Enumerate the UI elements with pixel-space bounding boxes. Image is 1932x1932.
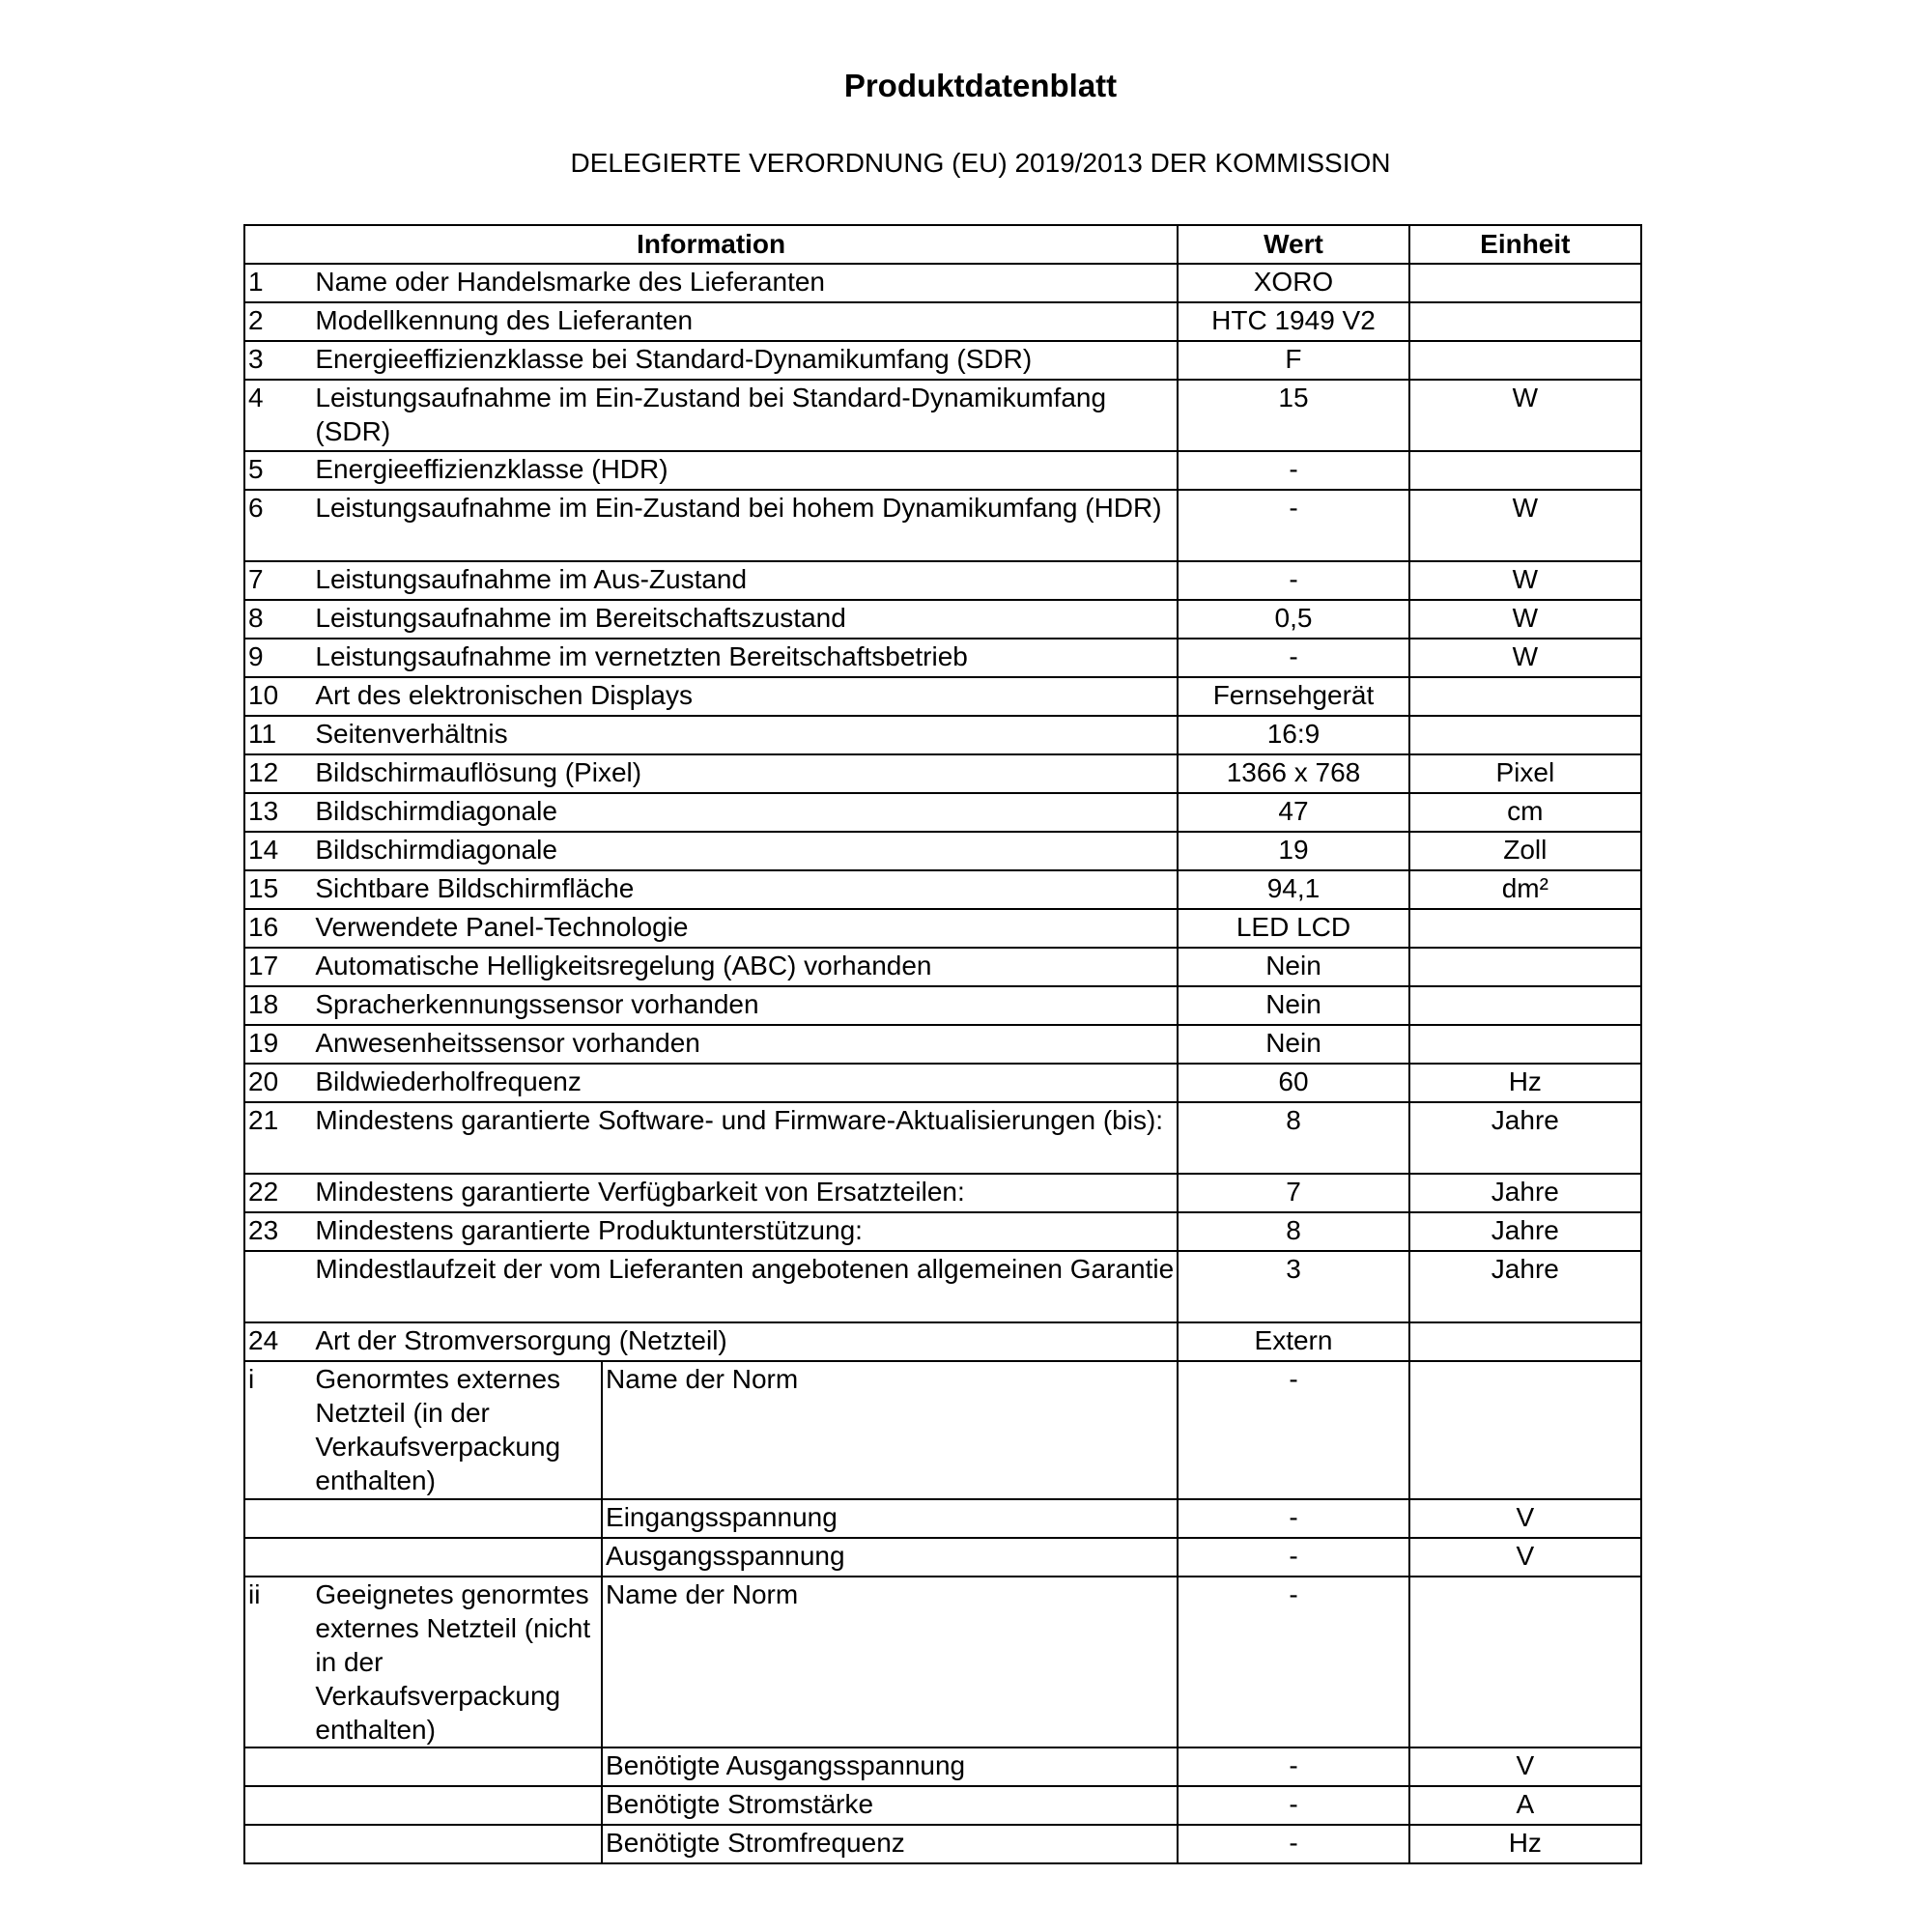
row-number: 18 (244, 986, 312, 1025)
row-unit: W (1409, 561, 1641, 600)
row-unit (1409, 716, 1641, 754)
power-supply-i-label: Genormtes externes Netzteil (in der Verk… (312, 1361, 602, 1499)
row-information: Bildschirmdiagonale (312, 832, 1178, 870)
table-row: 13Bildschirmdiagonale47cm (244, 793, 1641, 832)
row-value: 8 (1178, 1102, 1408, 1174)
empty-cell (244, 1825, 602, 1863)
power-supply-section: i Genormtes externes Netzteil (in der Ve… (244, 1361, 1641, 1863)
table-row: 6Leistungsaufnahme im Ein-Zustand bei ho… (244, 490, 1641, 561)
row-information: Leistungsaufnahme im Ein-Zustand bei hoh… (312, 490, 1178, 561)
row-value: Nein (1178, 948, 1408, 986)
row-value: 60 (1178, 1064, 1408, 1102)
table-row: 5Energieeffizienzklasse (HDR)- (244, 451, 1641, 490)
row-number: 19 (244, 1025, 312, 1064)
power-supply-ii-frequency-row: Benötigte Stromfrequenz - Hz (244, 1825, 1641, 1863)
row-unit: W (1409, 490, 1641, 561)
row-number: 16 (244, 909, 312, 948)
row-number: 17 (244, 948, 312, 986)
row-number: 22 (244, 1174, 312, 1212)
table-row: 8Leistungsaufnahme im Bereitschaftszusta… (244, 600, 1641, 639)
row-unit (1409, 677, 1641, 716)
row-number: 20 (244, 1064, 312, 1102)
row-information: Mindestens garantierte Software- und Fir… (312, 1102, 1178, 1174)
table-row: 17Automatische Helligkeitsregelung (ABC)… (244, 948, 1641, 986)
power-supply-ii-current-row: Benötigte Stromstärke - A (244, 1786, 1641, 1825)
table-row: 21Mindestens garantierte Software- und F… (244, 1102, 1641, 1174)
row-unit: W (1409, 639, 1641, 677)
row-number: 9 (244, 639, 312, 677)
empty-cell (244, 1786, 602, 1825)
table-row: 1Name oder Handelsmarke des LieferantenX… (244, 264, 1641, 302)
item-value: - (1178, 1538, 1408, 1577)
row-unit (1409, 1322, 1641, 1361)
item-value: - (1178, 1786, 1408, 1825)
row-unit: Jahre (1409, 1251, 1641, 1322)
row-information: Name oder Handelsmarke des Lieferanten (312, 264, 1178, 302)
item-unit (1409, 1577, 1641, 1747)
row-number: 1 (244, 264, 312, 302)
row-information: Mindestlaufzeit der vom Lieferanten ange… (312, 1251, 1178, 1322)
row-unit (1409, 302, 1641, 341)
row-information: Bildwiederholfrequenz (312, 1064, 1178, 1102)
item-unit (1409, 1361, 1641, 1499)
row-value: 8 (1178, 1212, 1408, 1251)
item-label: Benötigte Ausgangsspannung (602, 1747, 1178, 1786)
row-value: 1366 x 768 (1178, 754, 1408, 793)
row-value: Fernsehgerät (1178, 677, 1408, 716)
table-row: 24Art der Stromversorgung (Netzteil)Exte… (244, 1322, 1641, 1361)
row-unit (1409, 1025, 1641, 1064)
row-unit (1409, 948, 1641, 986)
row-unit (1409, 986, 1641, 1025)
row-information: Bildschirmauflösung (Pixel) (312, 754, 1178, 793)
table-row: 10Art des elektronischen DisplaysFernseh… (244, 677, 1641, 716)
row-unit: W (1409, 380, 1641, 451)
power-supply-ii-norm-row: ii Geeignetes genormtes externes Netztei… (244, 1577, 1641, 1747)
column-header-information: Information (244, 225, 1178, 264)
row-value: 16:9 (1178, 716, 1408, 754)
row-value: - (1178, 561, 1408, 600)
item-value: - (1178, 1825, 1408, 1863)
row-value: - (1178, 639, 1408, 677)
row-value: 7 (1178, 1174, 1408, 1212)
row-number: 24 (244, 1322, 312, 1361)
document-subtitle: DELEGIERTE VERORDNUNG (EU) 2019/2013 DER… (0, 148, 1932, 179)
document-title: Produktdatenblatt (0, 68, 1932, 104)
row-information: Energieeffizienzklasse (HDR) (312, 451, 1178, 490)
row-value: HTC 1949 V2 (1178, 302, 1408, 341)
row-number: 8 (244, 600, 312, 639)
row-value: 3 (1178, 1251, 1408, 1322)
row-number: 14 (244, 832, 312, 870)
table-row: Mindestlaufzeit der vom Lieferanten ange… (244, 1251, 1641, 1322)
table-row: 19Anwesenheitssensor vorhandenNein (244, 1025, 1641, 1064)
row-number: 6 (244, 490, 312, 561)
row-information: Leistungsaufnahme im vernetzten Bereitsc… (312, 639, 1178, 677)
item-value: - (1178, 1361, 1408, 1499)
table-row: 14Bildschirmdiagonale19Zoll (244, 832, 1641, 870)
row-unit: cm (1409, 793, 1641, 832)
row-unit: Hz (1409, 1064, 1641, 1102)
item-unit: A (1409, 1786, 1641, 1825)
row-number: 15 (244, 870, 312, 909)
item-value: - (1178, 1577, 1408, 1747)
item-unit: V (1409, 1747, 1641, 1786)
row-unit: Jahre (1409, 1174, 1641, 1212)
row-number: 2 (244, 302, 312, 341)
row-number: 12 (244, 754, 312, 793)
table-row: 12Bildschirmauflösung (Pixel)1366 x 768P… (244, 754, 1641, 793)
table-body: 1Name oder Handelsmarke des LieferantenX… (244, 264, 1641, 1361)
row-unit (1409, 451, 1641, 490)
product-data-table: Information Wert Einheit 1Name oder Hand… (243, 224, 1642, 1864)
table-row: 23Mindestens garantierte Produktunterstü… (244, 1212, 1641, 1251)
column-header-einheit: Einheit (1409, 225, 1641, 264)
table-row: 11Seitenverhältnis16:9 (244, 716, 1641, 754)
table-row: 16Verwendete Panel-TechnologieLED LCD (244, 909, 1641, 948)
row-information: Modellkennung des Lieferanten (312, 302, 1178, 341)
row-value: Nein (1178, 986, 1408, 1025)
power-supply-i-output-voltage-row: Ausgangsspannung - V (244, 1538, 1641, 1577)
table-row: 3Energieeffizienzklasse bei Standard-Dyn… (244, 341, 1641, 380)
row-information: Anwesenheitssensor vorhanden (312, 1025, 1178, 1064)
row-information: Automatische Helligkeitsregelung (ABC) v… (312, 948, 1178, 986)
item-label: Name der Norm (602, 1577, 1178, 1747)
empty-cell (244, 1538, 602, 1577)
row-number: 13 (244, 793, 312, 832)
row-value: 15 (1178, 380, 1408, 451)
row-value: 19 (1178, 832, 1408, 870)
row-information: Art der Stromversorgung (Netzteil) (312, 1322, 1178, 1361)
power-supply-ii-output-voltage-row: Benötigte Ausgangsspannung - V (244, 1747, 1641, 1786)
row-value: 0,5 (1178, 600, 1408, 639)
row-information: Mindestens garantierte Verfügbarkeit von… (312, 1174, 1178, 1212)
row-number: 23 (244, 1212, 312, 1251)
item-value: - (1178, 1747, 1408, 1786)
item-label: Eingangsspannung (602, 1499, 1178, 1538)
row-unit: dm² (1409, 870, 1641, 909)
row-number: 11 (244, 716, 312, 754)
item-value: - (1178, 1499, 1408, 1538)
item-label: Benötigte Stromstärke (602, 1786, 1178, 1825)
row-information: Bildschirmdiagonale (312, 793, 1178, 832)
row-value: F (1178, 341, 1408, 380)
row-unit: Pixel (1409, 754, 1641, 793)
row-value: Extern (1178, 1322, 1408, 1361)
row-value: LED LCD (1178, 909, 1408, 948)
row-information: Leistungsaufnahme im Ein-Zustand bei Sta… (312, 380, 1178, 451)
row-value: XORO (1178, 264, 1408, 302)
table-row: 22Mindestens garantierte Verfügbarkeit v… (244, 1174, 1641, 1212)
row-number: 7 (244, 561, 312, 600)
row-value: - (1178, 490, 1408, 561)
row-value: Nein (1178, 1025, 1408, 1064)
column-header-wert: Wert (1178, 225, 1408, 264)
row-information: Art des elektronischen Displays (312, 677, 1178, 716)
row-number: 3 (244, 341, 312, 380)
empty-cell (244, 1499, 602, 1538)
item-unit: Hz (1409, 1825, 1641, 1863)
power-supply-i-norm-row: i Genormtes externes Netzteil (in der Ve… (244, 1361, 1641, 1499)
row-information: Mindestens garantierte Produktunterstütz… (312, 1212, 1178, 1251)
row-information: Verwendete Panel-Technologie (312, 909, 1178, 948)
row-information: Sichtbare Bildschirmfläche (312, 870, 1178, 909)
row-unit: Jahre (1409, 1102, 1641, 1174)
table-row: 18Spracherkennungssensor vorhandenNein (244, 986, 1641, 1025)
table-row: 4Leistungsaufnahme im Ein-Zustand bei St… (244, 380, 1641, 451)
item-unit: V (1409, 1538, 1641, 1577)
row-number: 5 (244, 451, 312, 490)
row-unit (1409, 341, 1641, 380)
row-number: i (244, 1361, 312, 1499)
row-number: 10 (244, 677, 312, 716)
item-label: Ausgangsspannung (602, 1538, 1178, 1577)
row-unit: Zoll (1409, 832, 1641, 870)
item-label: Benötigte Stromfrequenz (602, 1825, 1178, 1863)
row-number (244, 1251, 312, 1322)
row-value: 47 (1178, 793, 1408, 832)
power-supply-i-input-voltage-row: Eingangsspannung - V (244, 1499, 1641, 1538)
item-label: Name der Norm (602, 1361, 1178, 1499)
row-information: Spracherkennungssensor vorhanden (312, 986, 1178, 1025)
table-header-row: Information Wert Einheit (244, 225, 1641, 264)
row-information: Energieeffizienzklasse bei Standard-Dyna… (312, 341, 1178, 380)
empty-cell (244, 1747, 602, 1786)
power-supply-ii-label: Geeignetes genormtes externes Netzteil (… (312, 1577, 602, 1747)
row-number: 4 (244, 380, 312, 451)
item-unit: V (1409, 1499, 1641, 1538)
row-information: Seitenverhältnis (312, 716, 1178, 754)
row-unit: W (1409, 600, 1641, 639)
table-row: 2Modellkennung des LieferantenHTC 1949 V… (244, 302, 1641, 341)
row-unit: Jahre (1409, 1212, 1641, 1251)
row-number: 21 (244, 1102, 312, 1174)
row-value: - (1178, 451, 1408, 490)
row-unit (1409, 264, 1641, 302)
row-number: ii (244, 1577, 312, 1747)
table-row: 9Leistungsaufnahme im vernetzten Bereits… (244, 639, 1641, 677)
row-unit (1409, 909, 1641, 948)
row-information: Leistungsaufnahme im Aus-Zustand (312, 561, 1178, 600)
row-value: 94,1 (1178, 870, 1408, 909)
row-information: Leistungsaufnahme im Bereitschaftszustan… (312, 600, 1178, 639)
table-row: 20Bildwiederholfrequenz60Hz (244, 1064, 1641, 1102)
table-row: 7Leistungsaufnahme im Aus-Zustand-W (244, 561, 1641, 600)
table-row: 15Sichtbare Bildschirmfläche94,1dm² (244, 870, 1641, 909)
